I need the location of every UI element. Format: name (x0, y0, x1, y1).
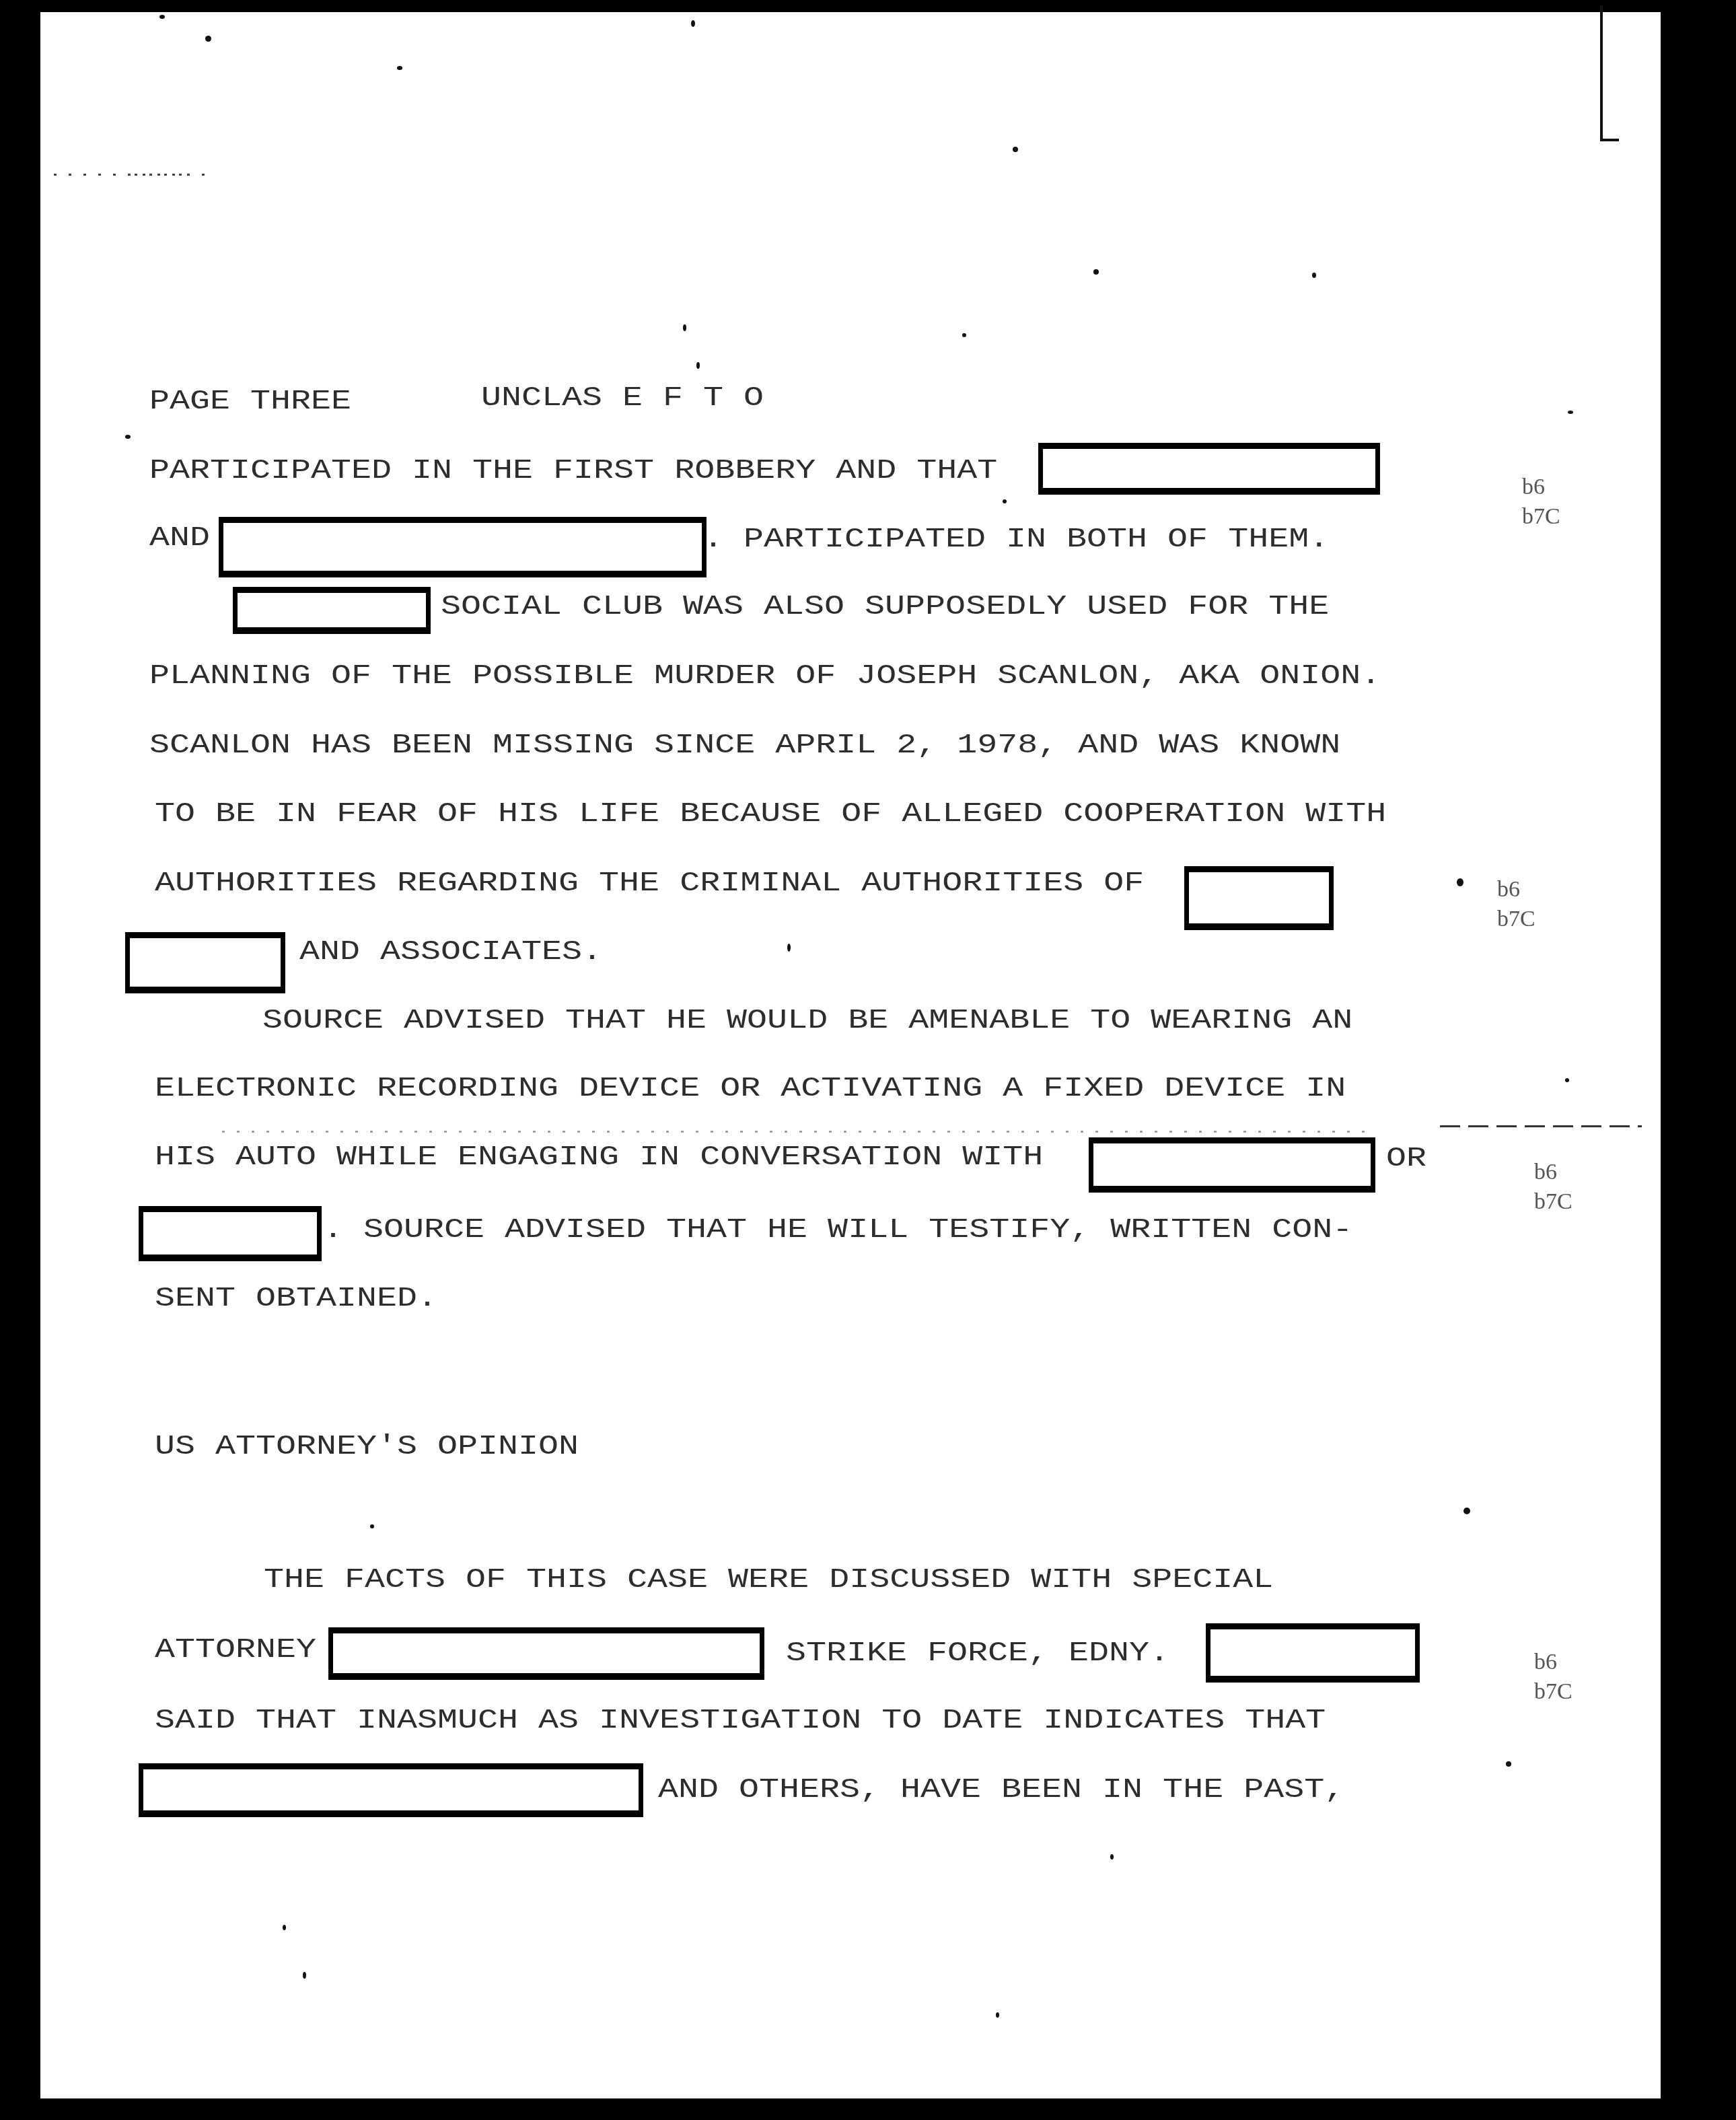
text-line: SENT OBTAINED. (155, 1285, 437, 1313)
exemption-note: b6 b7C (1534, 1158, 1572, 1217)
redaction-box (139, 1206, 322, 1261)
text-line: STRIKE FORCE, EDNY. (786, 1640, 1169, 1668)
text-line: ATTORNEY (155, 1637, 316, 1664)
scan-faint-rule (222, 1131, 1366, 1133)
margin-bracket-mark (1600, 5, 1603, 140)
section-heading: US ATTORNEY'S OPINION (155, 1434, 579, 1461)
redaction-box (1184, 866, 1334, 930)
margin-bracket-foot (1600, 139, 1619, 141)
classification-marking: UNCLAS E F T O (481, 385, 764, 413)
text-line: AND (149, 525, 210, 553)
redaction-box (219, 517, 707, 577)
exemption-note: b6 b7C (1497, 875, 1535, 934)
text-line: SAID THAT INASMUCH AS INVESTIGATION TO D… (155, 1707, 1326, 1735)
redaction-box (328, 1627, 764, 1680)
text-line: AUTHORITIES REGARDING THE CRIMINAL AUTHO… (155, 870, 1144, 898)
exemption-code: b6 (1522, 472, 1560, 502)
redaction-box (139, 1763, 643, 1817)
text-line: THE FACTS OF THIS CASE WERE DISCUSSED WI… (264, 1567, 1273, 1594)
text-line: SOCIAL CLUB WAS ALSO SUPPOSEDLY USED FOR… (441, 594, 1329, 621)
exemption-code: b7C (1522, 502, 1560, 532)
text-line: . SOURCE ADVISED THAT HE WILL TESTIFY, W… (323, 1217, 1352, 1244)
document-content: PAGE THREE UNCLAS E F T O PARTICIPATED I… (0, 0, 1736, 2120)
exemption-code: b6 (1534, 1648, 1572, 1677)
redaction-box (1206, 1623, 1420, 1683)
exemption-note: b6 b7C (1534, 1648, 1572, 1707)
redaction-box (125, 932, 285, 993)
page-label: PAGE THREE (149, 388, 351, 416)
exemption-code: b7C (1534, 1187, 1572, 1217)
exemption-code: b7C (1534, 1677, 1572, 1707)
text-line: OR (1386, 1145, 1426, 1173)
exemption-code: b6 (1534, 1158, 1572, 1187)
redaction-box (1089, 1137, 1375, 1193)
text-line: TO BE IN FEAR OF HIS LIFE BECAUSE OF ALL… (155, 801, 1386, 828)
redaction-box (1038, 443, 1380, 495)
exemption-code: b7C (1497, 905, 1535, 934)
text-line: AND OTHERS, HAVE BEEN IN THE PAST, (658, 1777, 1344, 1804)
redaction-box (233, 587, 431, 634)
text-line: AND ASSOCIATES. (299, 939, 602, 966)
text-line: ELECTRONIC RECORDING DEVICE OR ACTIVATIN… (155, 1075, 1346, 1103)
text-line: HIS AUTO WHILE ENGAGING IN CONVERSATION … (155, 1144, 1043, 1172)
scan-dashed-rule (1440, 1125, 1642, 1127)
text-line: PLANNING OF THE POSSIBLE MURDER OF JOSEP… (149, 663, 1381, 691)
text-line: SOURCE ADVISED THAT HE WOULD BE AMENABLE… (262, 1008, 1352, 1035)
scan-dotted-rule (135, 174, 188, 176)
text-line: . PARTICIPATED IN BOTH OF THEM. (703, 526, 1329, 554)
text-line: PARTICIPATED IN THE FIRST ROBBERY AND TH… (149, 458, 997, 485)
exemption-note: b6 b7C (1522, 472, 1560, 532)
text-line: SCANLON HAS BEEN MISSING SINCE APRIL 2, … (149, 732, 1340, 760)
exemption-code: b6 (1497, 875, 1535, 905)
